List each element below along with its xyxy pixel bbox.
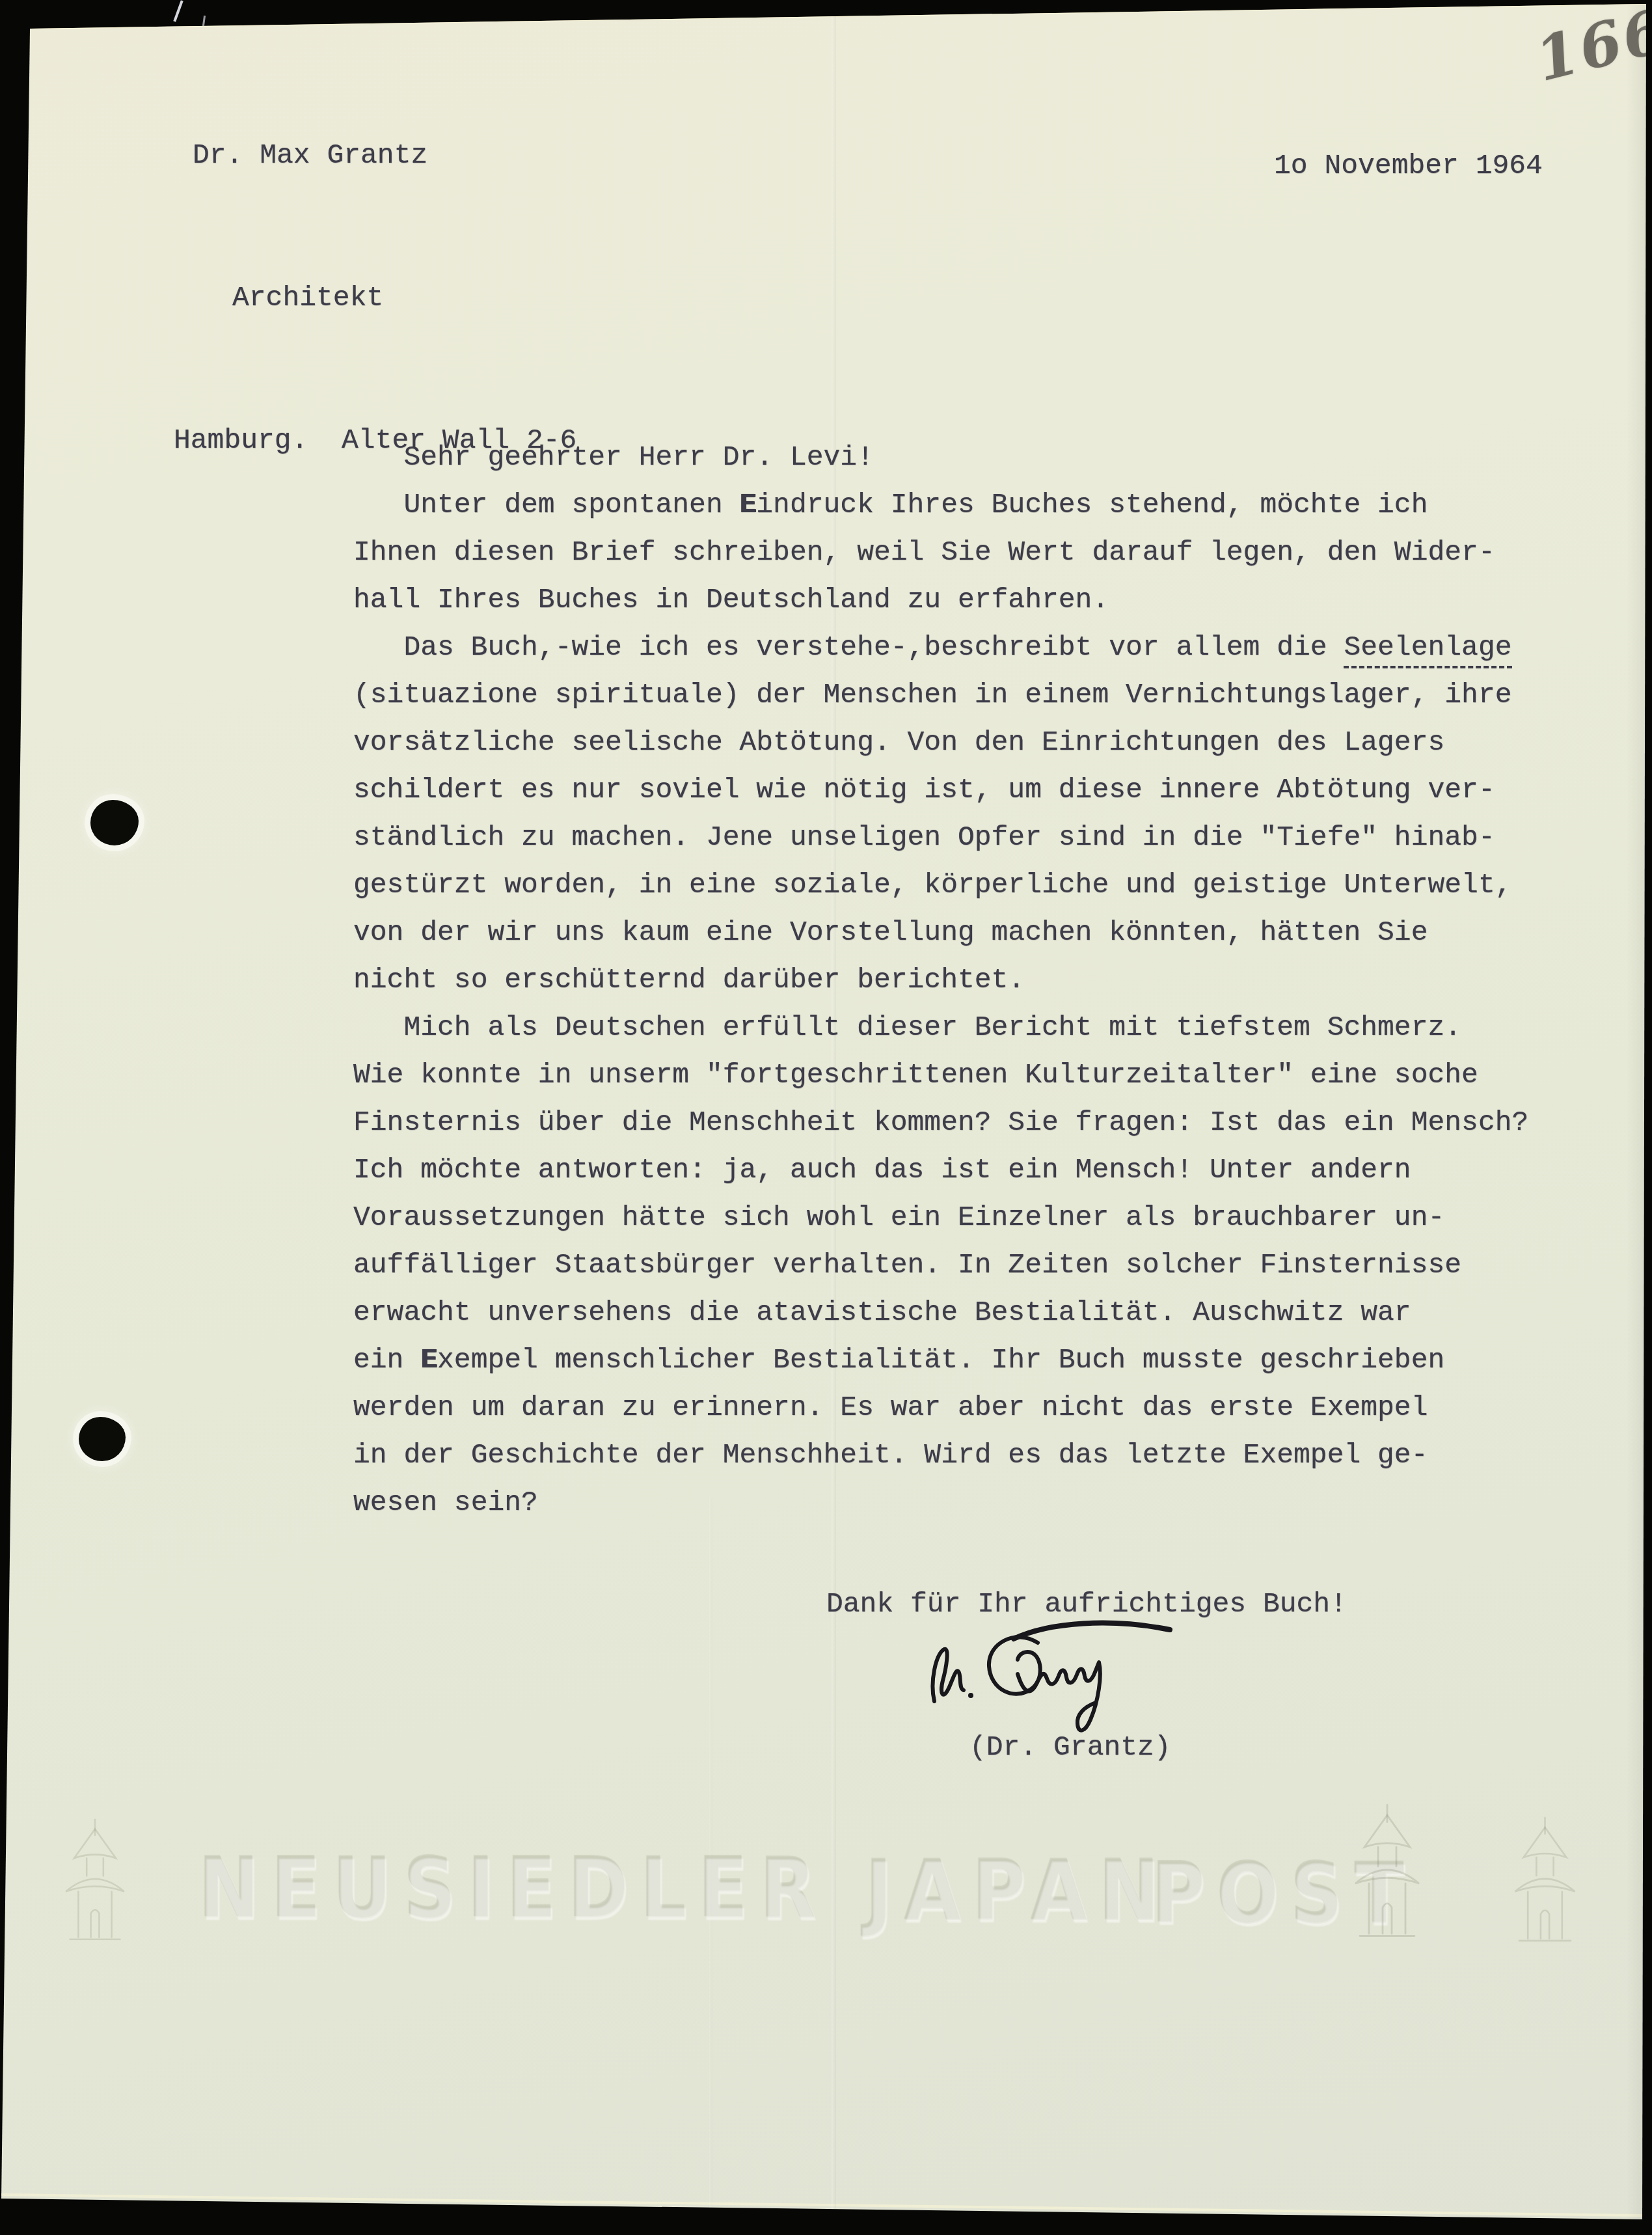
letter-line: werden um daran zu erinnern. Es war aber… <box>353 1384 1528 1431</box>
letter-line: Finsternis über die Menschheit kommen? S… <box>353 1099 1528 1146</box>
letter-line: wesen sein? <box>353 1479 1528 1526</box>
letter-line: auffälliger Staatsbürger verhalten. In Z… <box>353 1241 1528 1289</box>
pagoda-icon <box>43 1815 147 1964</box>
letter-line: hall Ihres Buches in Deutschland zu erfa… <box>353 576 1528 624</box>
letter-line: Sehr geehrter Herr Dr. Levi! <box>353 433 1528 481</box>
letter-line: erwacht unversehens die atavistische Bes… <box>353 1289 1528 1336</box>
scan-scratch-mark <box>202 16 206 26</box>
letter-date: 1o November 1964 <box>1274 142 1543 189</box>
typed-signature-name: (Dr. Grantz) <box>969 1723 1171 1771</box>
pagoda-icon <box>1491 1815 1599 1964</box>
watermark-text-japan: JAPAN <box>865 1844 1172 1940</box>
letter-body: Sehr geehrter Herr Dr. Levi!Unter dem sp… <box>353 433 1528 1526</box>
letter-paper-sheet: Dr. Max Grantz Architekt Hamburg. Alter … <box>0 0 1652 2235</box>
paper-top-edge <box>30 3 1650 29</box>
letter-line: vorsätzliche seelische Abtötung. Von den… <box>353 719 1528 766</box>
letter-line: nicht so erschütternd darüber berichtet. <box>353 956 1528 1004</box>
paper-bottom-edge <box>1 2193 1642 2217</box>
sender-title: Architekt <box>174 274 576 322</box>
punch-hole <box>90 800 139 845</box>
punch-hole <box>79 1417 126 1461</box>
letter-line: Wie konnte in unserm "fortgeschrittenen … <box>353 1051 1528 1099</box>
letter-line: schildert es nur soviel wie nötig ist, u… <box>353 766 1528 814</box>
letter-line: ständlich zu machen. Jene unseligen Opfe… <box>353 814 1528 861</box>
pagoda-icon <box>1329 1802 1446 1961</box>
letter-line: Voraussetzungen hätte sich wohl ein Einz… <box>353 1194 1528 1241</box>
letter-line: Ich möchte antworten: ja, auch das ist e… <box>353 1146 1528 1194</box>
letter-line: Das Buch,-wie ich es verstehe-,beschreib… <box>353 624 1528 671</box>
letter-line: Mich als Deutschen erfüllt dieser Berich… <box>353 1004 1528 1051</box>
scan-scratch-mark <box>173 0 183 21</box>
letter-line: von der wir uns kaum eine Vorstellung ma… <box>353 909 1528 956</box>
letter-line: (situazione spirituale) der Menschen in … <box>353 671 1528 719</box>
letter-line: in der Geschichte der Menschheit. Wird e… <box>353 1431 1528 1479</box>
sender-name: Dr. Max Grantz <box>174 131 576 179</box>
scanned-letter-page: Dr. Max Grantz Architekt Hamburg. Alter … <box>0 0 1652 2235</box>
letter-line: ein Exempel menschlicher Bestialität. Ih… <box>353 1336 1528 1384</box>
letter-line: Ihnen diesen Brief schreiben, weil Sie W… <box>353 528 1528 576</box>
letter-line: Unter dem spontanen Eindruck Ihres Buche… <box>353 481 1528 528</box>
watermark-text-neusiedler: NEUSIEDLER <box>198 1841 828 1938</box>
letter-line: gestürzt worden, in eine soziale, körper… <box>353 861 1528 909</box>
paper-right-shading <box>1626 0 1652 2235</box>
